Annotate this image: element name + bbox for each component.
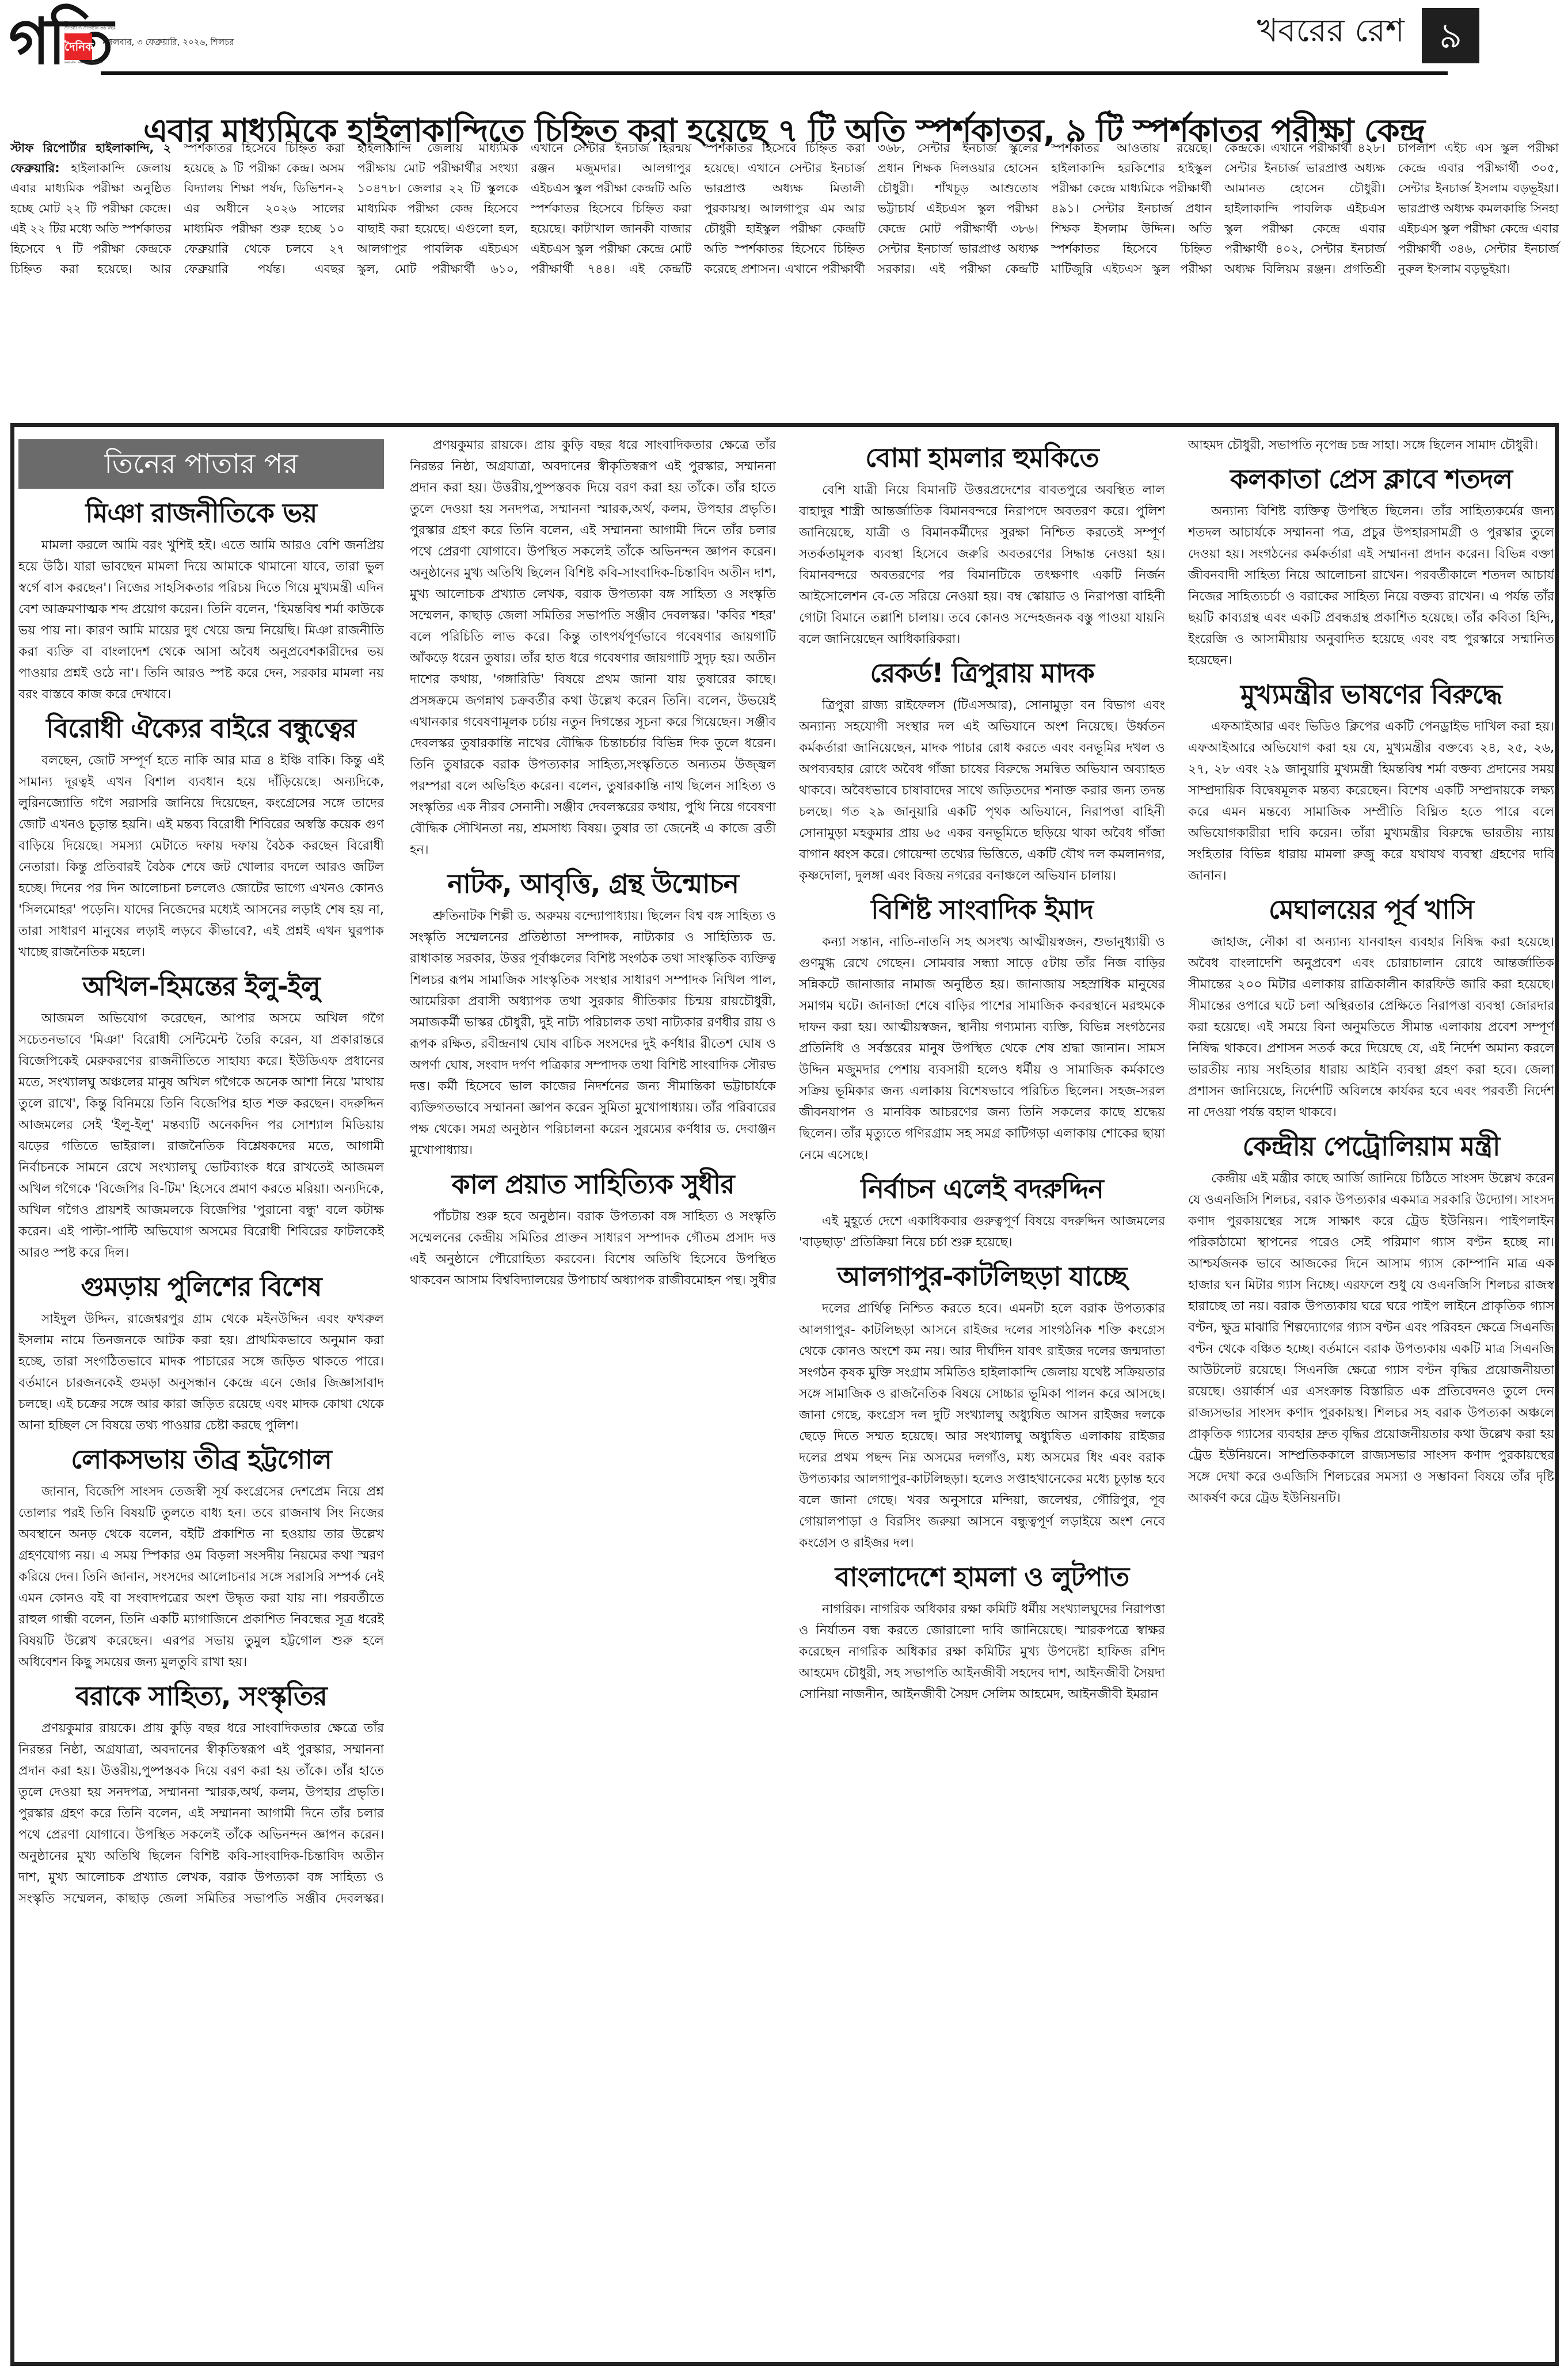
story-headline: কলকাতা প্রেস ক্লাবে শতদল [1188,461,1554,497]
column-3: বোমা হামলার হুমকিতে বেশি যাত্রী নিয়ে বি… [799,435,1165,1705]
story-body: জানান, বিজেপি সাংসদ তেজস্বী সূর্য কংগ্রে… [18,1481,384,1673]
story-headline: বিরোধী ঐক্যের বাইরে বন্ধুত্বের [18,710,384,747]
badge-tagline: প্রতিষ্ঠা ও প্রতিষ্ঠান ৩৬ বছর [64,25,92,31]
story-drama-recitation: নাটক, আবৃত্তি, গ্রন্থ উন্মোচন শ্রুতিনাটক… [410,865,776,1161]
story-meghalaya-khasi: মেঘালয়ের পূর্ব খাসি জাহাজ, নৌকা বা অন্য… [1188,891,1554,1123]
story-body: এফআইআর এবং ভিডিও ক্লিপের একটি পেনড্রাইভ … [1188,716,1554,887]
story-body: শ্রুতিনাটক শিল্পী ড. অরুময় বন্দ্যোপাধ্য… [410,906,776,1161]
story-opposition-unity: বিরোধী ঐক্যের বাইরে বন্ধুত্বের বলছেন, জো… [18,710,384,963]
header-divider [101,71,1448,75]
dainik-badge: প্রতিষ্ঠা ও প্রতিষ্ঠান ৩৬ বছর দৈনিক webs… [64,25,92,77]
story-headline: বরাকে সাহিত্য, সংস্কৃতির [18,1677,384,1714]
badge-website: website: www.gatidainik.in [64,61,92,65]
story-body: পাঁচটায় শুরু হবে অনুষ্ঠান। বরাক উপত্যকা… [410,1206,776,1292]
story-body: কেন্দ্রীয় এই মন্ত্রীর কাছে আর্জি জানিয়… [1188,1168,1554,1509]
page-number: ৯ [1422,8,1479,63]
lead-story-body: স্টাফ রিপোর্টার হাইলাকান্দি, ২ ফেব্রুয়া… [10,138,1559,397]
dateline: মঙ্গলবার, ৩ ফেব্রুয়ারি, ২০২৬, শিলচর [102,36,234,50]
story-body: ত্রিপুরা রাজ্য রাইফেলস (টিএসআর), সোনামুড… [799,695,1165,887]
story-headline: গুমড়ায় পুলিশের বিশেষ [18,1268,384,1305]
story-headline: লোকসভায় তীব্র হট্টগোল [18,1441,384,1478]
story-headline: মুখ্যমন্ত্রীর ভাষণের বিরুদ্ধে [1188,676,1554,713]
story-headline: কাল প্রয়াত সাহিত্যিক সুধীর [410,1166,776,1203]
story-body: অন্যান্য বিশিষ্ট ব্যক্তিত্ব উপস্থিত ছিলে… [1188,501,1554,671]
story-headline: বিশিষ্ট সাংবাদিক ইমাদ [799,891,1165,928]
story-body: নাগরিক। নাগরিক অধিকার রক্ষা কমিটি ধর্মীয… [799,1599,1165,1705]
story-badruddin: নির্বাচন এলেই বদরুদ্দিন এই মুহূর্তে দেশে… [799,1170,1165,1253]
story-headline: মিঞা রাজনীতিকে ভয় [18,494,384,531]
masthead: গতি প্রতিষ্ঠা ও প্রতিষ্ঠান ৩৬ বছর দৈনিক … [0,0,1568,81]
story-petroleum-minister: কেন্দ্রীয় পেট্রোলিয়াম মন্ত্রী কেন্দ্রী… [1188,1128,1554,1509]
story-headline: অখিল-হিমন্তের ইলু-ইলু [18,968,384,1005]
story-body: কন্যা সন্তান, নাতি-নাতনি সহ অসংখ্য আত্মী… [799,931,1165,1166]
story-body: বলছেন, জোট সম্পূর্ণ হতে নাকি আর মাত্র ৪ … [18,750,384,963]
column-1: তিনের পাতার পর মিঞা রাজনীতিকে ভয় মামলা … [18,435,384,1908]
column-4: আহমদ চৌধুরী, সভাপতি নৃপেন্দ্র চন্দ্র সাহ… [1188,435,1554,1509]
story-kolkata-press-club: কলকাতা প্রেস ক্লাবে শতদল অন্যান্য বিশিষ্… [1188,461,1554,671]
story-cm-speech: মুখ্যমন্ত্রীর ভাষণের বিরুদ্ধে এফআইআর এবং… [1188,676,1554,887]
story-body: জাহাজ, নৌকা বা অন্যান্য যানবাহন ব্যবহার … [1188,931,1554,1123]
badge-label: দৈনিক [64,33,92,60]
section-title: খবরের রেশ [1174,8,1405,54]
story-body: এই মুহূর্তে দেশে একাধিকবার গুরুত্বপূর্ণ … [799,1211,1165,1253]
story-miya-politics: মিঞা রাজনীতিকে ভয় মামলা করলে আমি বরং খু… [18,494,384,705]
story-sudhir-sen: কাল প্রয়াত সাহিত্যিক সুধীর পাঁচটায় শুর… [410,1166,776,1292]
story-lok-sabha: লোকসভায় তীব্র হট্টগোল জানান, বিজেপি সাং… [18,1441,384,1673]
story-headline: নাটক, আবৃত্তি, গ্রন্থ উন্মোচন [410,865,776,902]
story-headline: আলগাপুর-কাটলিছড়া যাচ্ছে [799,1258,1165,1295]
story-headline: বাংলাদেশে হামলা ও লুটপাত [799,1558,1165,1595]
story-bomb-threat: বোমা হামলার হুমকিতে বেশি যাত্রী নিয়ে বি… [799,439,1165,650]
story-lead-in: আহমদ চৌধুরী, সভাপতি নৃপেন্দ্র চন্দ্র সাহ… [1188,435,1554,456]
story-algapur-katlicherra: আলগাপুর-কাটলিছড়া যাচ্ছে দলের প্রার্থিত্… [799,1258,1165,1554]
story-journalist-imad: বিশিষ্ট সাংবাদিক ইমাদ কন্যা সন্তান, নাতি… [799,891,1165,1166]
story-headline: বোমা হামলার হুমকিতে [799,439,1165,476]
story-barak-literature: বরাকে সাহিত্য, সংস্কৃতির প্রণয়কুমার রায… [18,1677,384,1908]
story-body-continued: প্রণয়কুমার রায়কে। প্রায় কুড়ি বছর ধরে… [410,435,776,861]
story-gumra-police: গুমড়ায় পুলিশের বিশেষ সাইদুল উদ্দিন, রা… [18,1268,384,1436]
column-2: প্রণয়কুমার রায়কে। প্রায় কুড়ি বছর ধরে… [410,435,776,1292]
story-body: প্রণয়কুমার রায়কে। প্রায় কুড়ি বছর ধরে… [18,1718,384,1908]
story-bangladesh-attack: বাংলাদেশে হামলা ও লুটপাত নাগরিক। নাগরিক … [799,1558,1165,1705]
story-body: বেশি যাত্রী নিয়ে বিমানটি উত্তরপ্রদেশের … [799,480,1165,650]
story-body: সাইদুল উদ্দিন, রাজেশ্বরপুর গ্রাম থেকে মই… [18,1308,384,1436]
newspaper-logo: গতি [9,7,111,76]
story-headline: মেঘালয়ের পূর্ব খাসি [1188,891,1554,928]
story-body: দলের প্রার্থিত্ব নিশ্চিত করতে হবে। এমনটা… [799,1298,1165,1554]
story-akhil-himanta: অখিল-হিমন্তের ইলু-ইলু আজমল অভিযোগ করেছেন… [18,968,384,1264]
story-tripura-drugs: রেকর্ড! ত্রিপুরায় মাদক ত্রিপুরা রাজ্য র… [799,655,1165,887]
story-body: আজমল অভিযোগ করেছেন, আপার অসমে অখিল গগৈ স… [18,1008,384,1264]
story-headline: নির্বাচন এলেই বদরুদ্দিন [799,1170,1165,1207]
story-headline: কেন্দ্রীয় পেট্রোলিয়াম মন্ত্রী [1188,1128,1554,1165]
lead-text: হাইলাকান্দি জেলায় এবার মাধ্যমিক পরীক্ষা… [10,141,1559,276]
story-headline: রেকর্ড! ত্রিপুরায় মাদক [799,655,1165,691]
continued-banner: তিনের পাতার পর [18,439,384,489]
story-body: মামলা করলে আমি বরং খুশিই হই। এতে আমি আরও… [18,535,384,705]
